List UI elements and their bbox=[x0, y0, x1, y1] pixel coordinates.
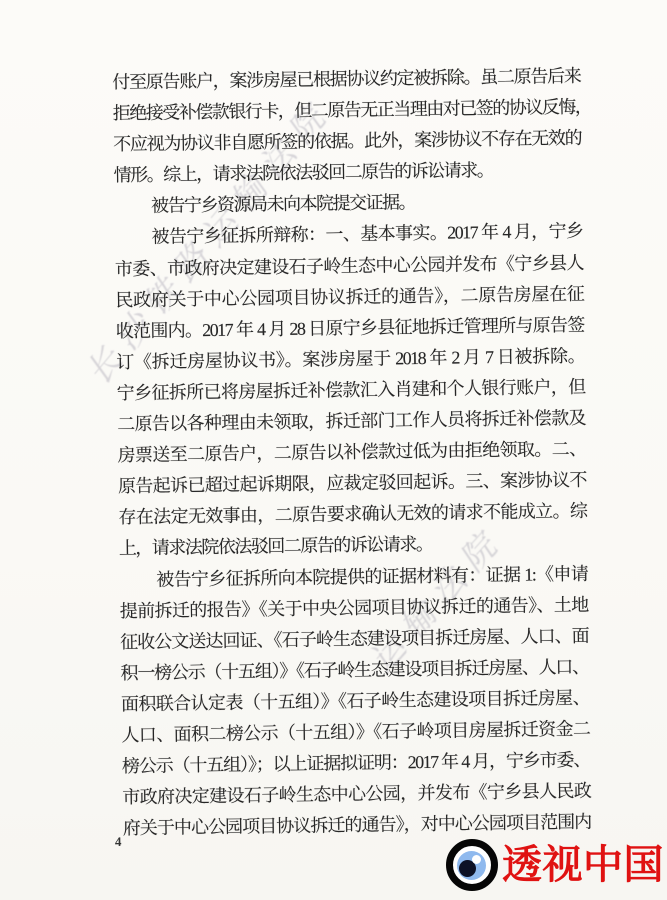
eye-icon bbox=[446, 839, 498, 891]
eye-iris bbox=[457, 851, 486, 880]
scanned-document-page: 长沙铁路运输法院 运输法院 付至原告账户，案涉房屋已根据协议约定被拆除。虽二原告… bbox=[0, 0, 667, 900]
document-body: 付至原告账户，案涉房屋已根据协议约定被拆除。虽二原告后来 拒绝接受补偿款银行卡，… bbox=[112, 61, 591, 845]
logo-text: 透视中国 bbox=[502, 839, 664, 891]
eye-highlight bbox=[472, 855, 481, 864]
page-number: 4 bbox=[115, 834, 122, 850]
toushi-zhongguo-logo: 透视中国 bbox=[446, 839, 664, 891]
